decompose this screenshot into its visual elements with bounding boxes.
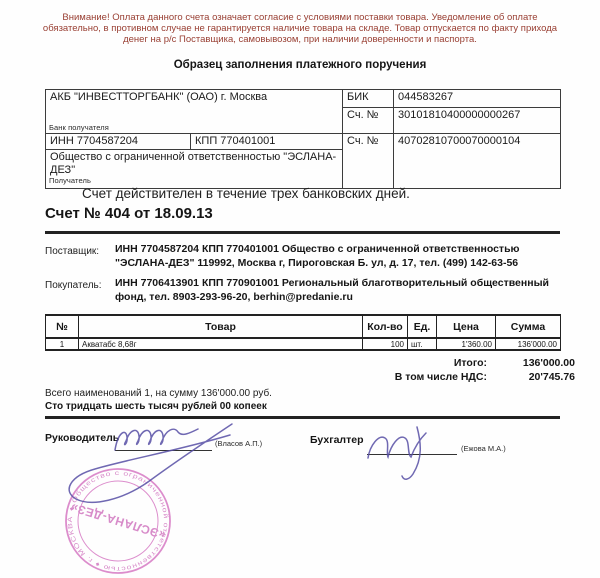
vat-value: 20'745.76 [487,370,575,384]
corr-account-value: 30101810400000000267 [394,108,561,134]
col-header-product: Товар [79,315,363,338]
vat-label: В том числе НДС: [250,370,487,384]
item-number: 1 [46,338,79,350]
item-product: Акватабс 8,68г [79,338,363,350]
account-label: Сч. № [343,134,394,189]
divider-line-top [45,231,560,234]
col-header-quantity: Кол-во [363,315,408,338]
items-count-line: Всего наименований 1, на сумму 136'000.0… [45,388,272,399]
supplier-label: Поставщик: [45,246,99,257]
items-table: № Товар Кол-во Ед. Цена Сумма 1 Акватабс… [45,314,561,351]
items-header-row: № Товар Кол-во Ед. Цена Сумма [46,315,561,338]
invoice-number-title: Счет № 404 от 18.09.13 [45,205,213,222]
account-value: 40702810700070000104 [394,134,561,189]
payment-warning-text: Внимание! Оплата данного счета означает … [40,12,560,45]
corr-account-label: Сч. № [343,108,394,134]
bank-name: АКБ "ИНВЕСТТОРГБАНК" (ОАО) г. Москва [50,91,267,103]
accountant-signature-ink [368,427,426,479]
bank-label: Банк получателя [49,123,109,132]
col-header-sum: Сумма [496,315,561,338]
vat-row: В том числе НДС: 20'745.76 [250,370,575,384]
bank-name-cell: АКБ "ИНВЕСТТОРГБАНК" (ОАО) г. Москва Бан… [46,90,343,134]
item-quantity: 100 [363,338,408,350]
handwritten-signatures [0,410,600,578]
col-header-number: № [46,315,79,338]
bik-label: БИК [343,90,394,108]
item-price: 1'360.00 [437,338,496,350]
totals-block: Итого: 136'000.00 В том числе НДС: 20'74… [250,356,575,384]
table-row: 1 Акватабс 8,68г 100 шт. 1'360.00 136'00… [46,338,561,350]
col-header-price: Цена [437,315,496,338]
validity-note: Счет действителен в течение трех банковс… [82,186,410,201]
bank-requisites-table: АКБ "ИНВЕСТТОРГБАНК" (ОАО) г. Москва Бан… [45,89,561,189]
buyer-value: ИНН 7706413901 КПП 770901001 Региональны… [115,277,560,304]
item-sum: 136'000.00 [496,338,561,350]
col-header-unit: Ед. [408,315,437,338]
total-value: 136'000.00 [487,356,575,370]
total-row: Итого: 136'000.00 [250,356,575,370]
supplier-value: ИНН 7704587204 КПП 770401001 Общество с … [115,243,560,270]
total-label: Итого: [250,356,487,370]
invoice-document: Внимание! Оплата данного счета означает … [0,0,600,578]
recipient-name: Общество с ограниченной ответственностью… [50,151,338,187]
recipient-cell: Общество с ограниченной ответственностью… [46,150,343,189]
payment-order-sample-title: Образец заполнения платежного поручения [0,59,600,71]
buyer-label: Покупатель: [45,280,102,291]
bik-value: 044583267 [394,90,561,108]
bank-inn: ИНН 7704587204 [46,134,191,150]
item-unit: шт. [408,338,437,350]
bank-kpp: КПП 770401001 [191,134,343,150]
